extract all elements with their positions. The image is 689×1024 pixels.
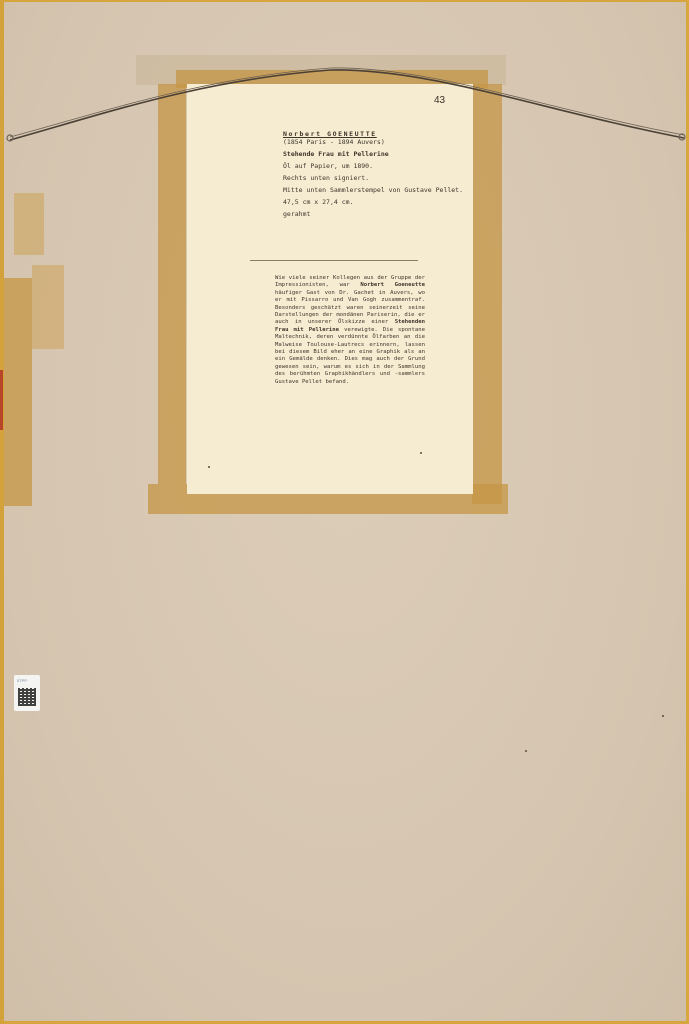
wire-eyelet-left: [7, 135, 13, 141]
description-text: verewigte. Die spontane Maltechnik, dere…: [275, 327, 425, 385]
qr-sticker-text: 5TPP: [17, 678, 27, 683]
speck: [208, 466, 210, 468]
qr-code-icon: [18, 688, 36, 706]
speck: [420, 452, 422, 454]
speck: [662, 715, 664, 717]
tape-strip: [32, 265, 64, 349]
label-divider: [250, 260, 418, 261]
tape-strip: [4, 278, 32, 506]
artwork-framing: gerahmt: [283, 210, 463, 218]
artwork-dimensions: 47,5 cm x 27,4 cm.: [283, 198, 463, 206]
tape-strip: [14, 193, 44, 255]
artwork-medium: Öl auf Papier, um 1890.: [283, 162, 463, 170]
speck: [525, 750, 527, 752]
label-description: Wie viele seiner Kollegen aus der Gruppe…: [275, 275, 425, 386]
qr-sticker: 5TPP: [14, 675, 40, 711]
artwork-signature: Rechts unten signiert.: [283, 174, 463, 182]
frame-red-accent: [0, 370, 3, 430]
hanging-wire: [0, 0, 689, 160]
description-artist: Norbert Goeneutte: [360, 282, 425, 288]
collector-stamp: Mitte unten Sammlerstempel von Gustave P…: [283, 186, 463, 194]
